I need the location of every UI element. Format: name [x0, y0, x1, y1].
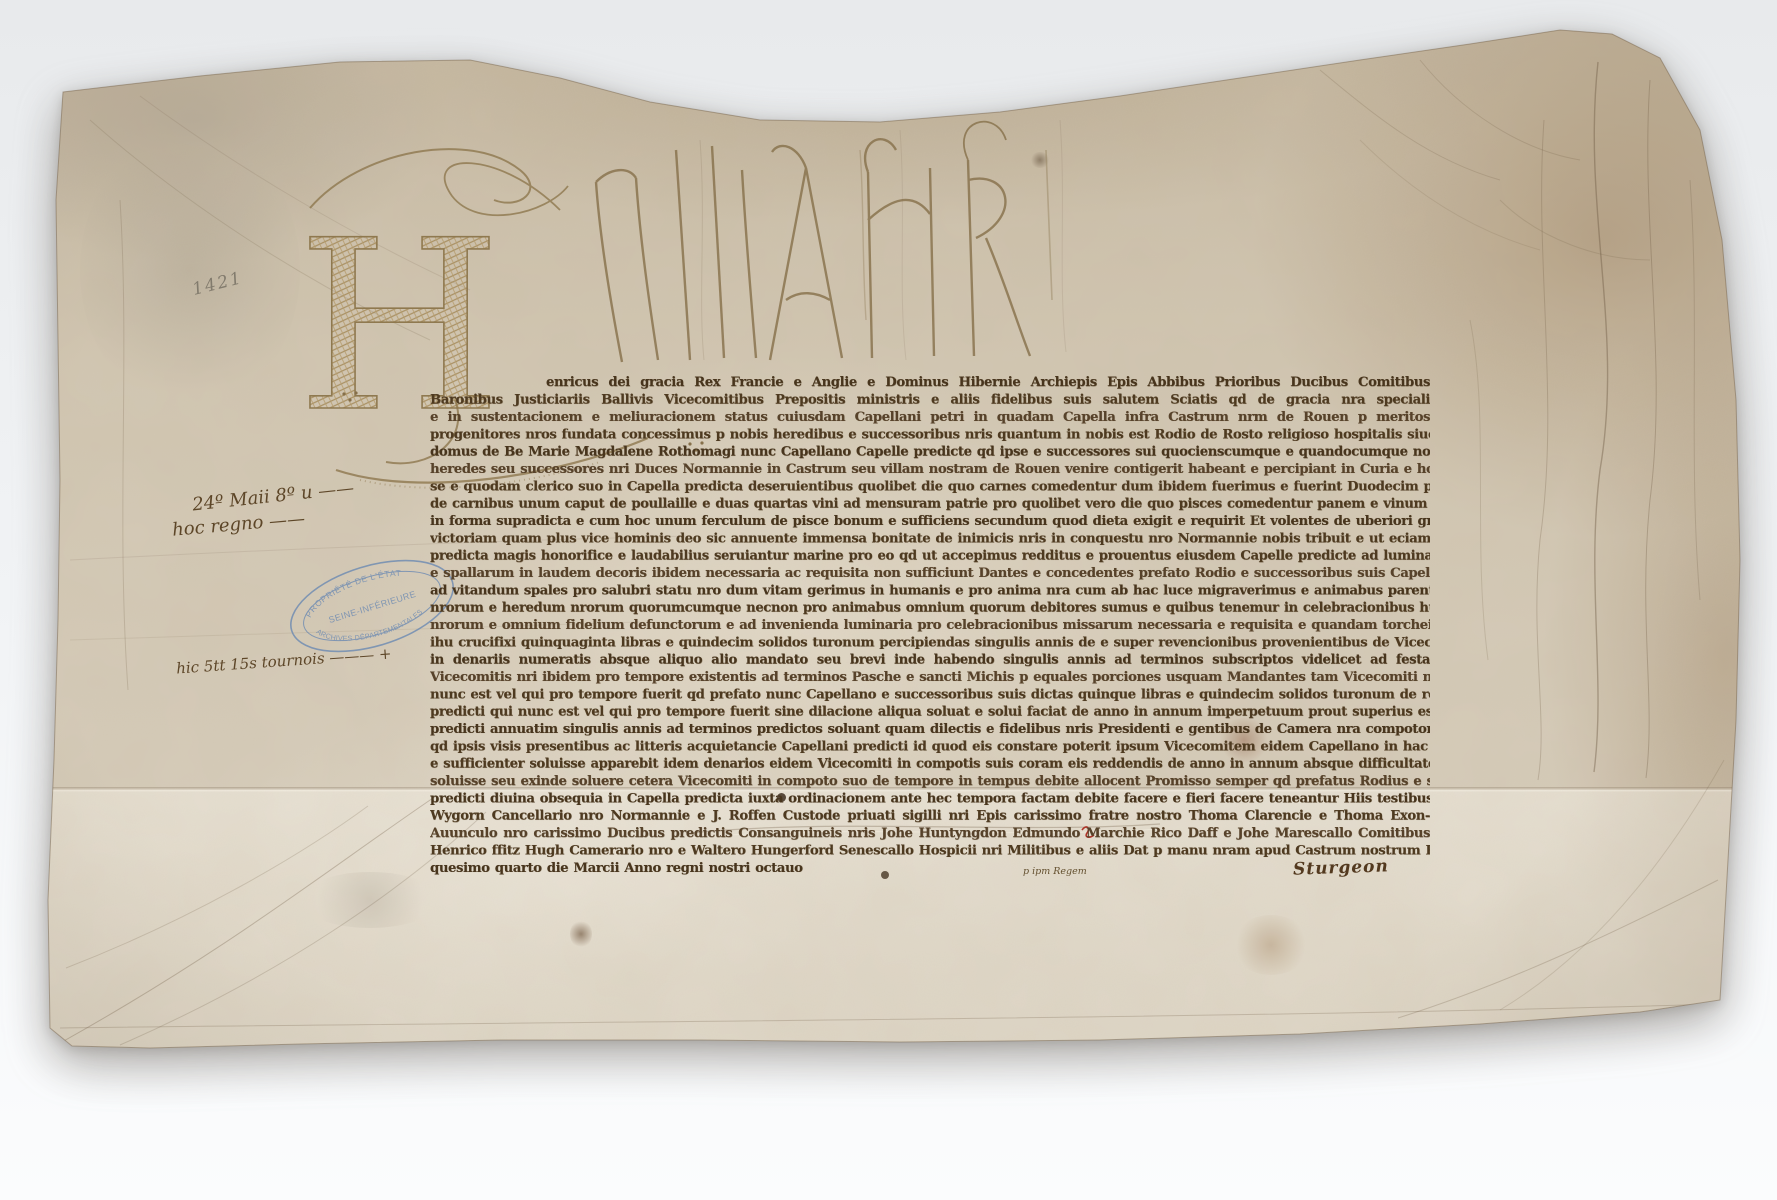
stain [1232, 915, 1310, 975]
charter-text-line: Wygorn Cancellario nro Normannie e J. Ro… [430, 808, 1430, 825]
smudge [300, 872, 440, 928]
per-ipsum-regem-note: p ipm Regem [1023, 866, 1087, 877]
charter-text-line: predicti annuatim singulis annis ad term… [430, 721, 1430, 738]
charter-text-line: progenitores nros fundata concessimus p … [430, 426, 1430, 443]
charter-text-line: e sufficienter soluisse apparebit idem d… [430, 755, 1430, 772]
brown-speck [570, 920, 592, 948]
charter-text-line: qd ipsis visis presentibus ac litteris a… [430, 738, 1430, 755]
charter-text-line: Auunculo nro carissimo Ducibus predictis… [430, 825, 1430, 842]
charter-text-line: se e quodam clerico suo in Capella predi… [430, 478, 1430, 495]
charter-text-line: heredes seu successores nri Duces Norman… [430, 461, 1430, 478]
charter-text-line: nunc est vel qui pro tempore fuerit qd p… [430, 686, 1430, 703]
charter-text-line: nrorum e omnium fidelium defunctorum e a… [430, 617, 1430, 634]
charter-text-line: e spallarum in laudem decoris ibidem nec… [430, 565, 1430, 582]
charter-text-line: de carnibus unum caput de poullaille e d… [430, 495, 1430, 512]
charter-text-line: in forma supradicta e cum hoc unum fercu… [430, 513, 1430, 530]
charter-text-line: in denariis numeratis absque aliquo alio… [430, 651, 1430, 668]
charter-text-line: nrorum e heredum nrorum quorumcumque nec… [430, 599, 1430, 616]
charter-text-line: victoriam quam plus vice hominis deo sic… [430, 530, 1430, 547]
charter-text-line: domus de Be Marie Magdalene Rothomagi nu… [430, 443, 1430, 460]
gray-smudge [80, 130, 300, 410]
charter-text-line: ad vitandum spales pro salubri statu nro… [430, 582, 1430, 599]
stain [1030, 152, 1050, 168]
photograph-background: H [0, 0, 1777, 1200]
charter-text-line: Vicecomitis nri ibidem pro tempore exist… [430, 669, 1430, 686]
charter-text-line: predicta magis honorifice e laudabilius … [430, 547, 1430, 564]
charter-text-line: Baronibus Justiciariis Ballivis Vicecomi… [430, 391, 1430, 408]
charter-text-line: predicti diuina obsequia in Capella pred… [430, 790, 1430, 807]
charter-text-line: e in sustentacionem e meliuracionem stat… [430, 409, 1430, 426]
charter-text-line: ihu crucifixi quinquaginta libras e quin… [430, 634, 1430, 651]
charter-text-line: predicti qui nunc est vel qui pro tempor… [430, 703, 1430, 720]
clerk-signature: Sturgeon [1293, 856, 1389, 879]
charter-text-line: quesimo quarto die Marcii Anno regni nos… [430, 860, 1430, 877]
charter-text-line: soluisse seu exinde soluere cetera Vicec… [430, 773, 1430, 790]
charter-text-line: enricus dei gracia Rex Francie e Anglie … [430, 374, 1430, 391]
charter-text-line: Henrico ffitz Hugh Camerario nro e Walte… [430, 842, 1430, 859]
charter-text-block: enricus dei gracia Rex Francie e Anglie … [430, 374, 1430, 877]
